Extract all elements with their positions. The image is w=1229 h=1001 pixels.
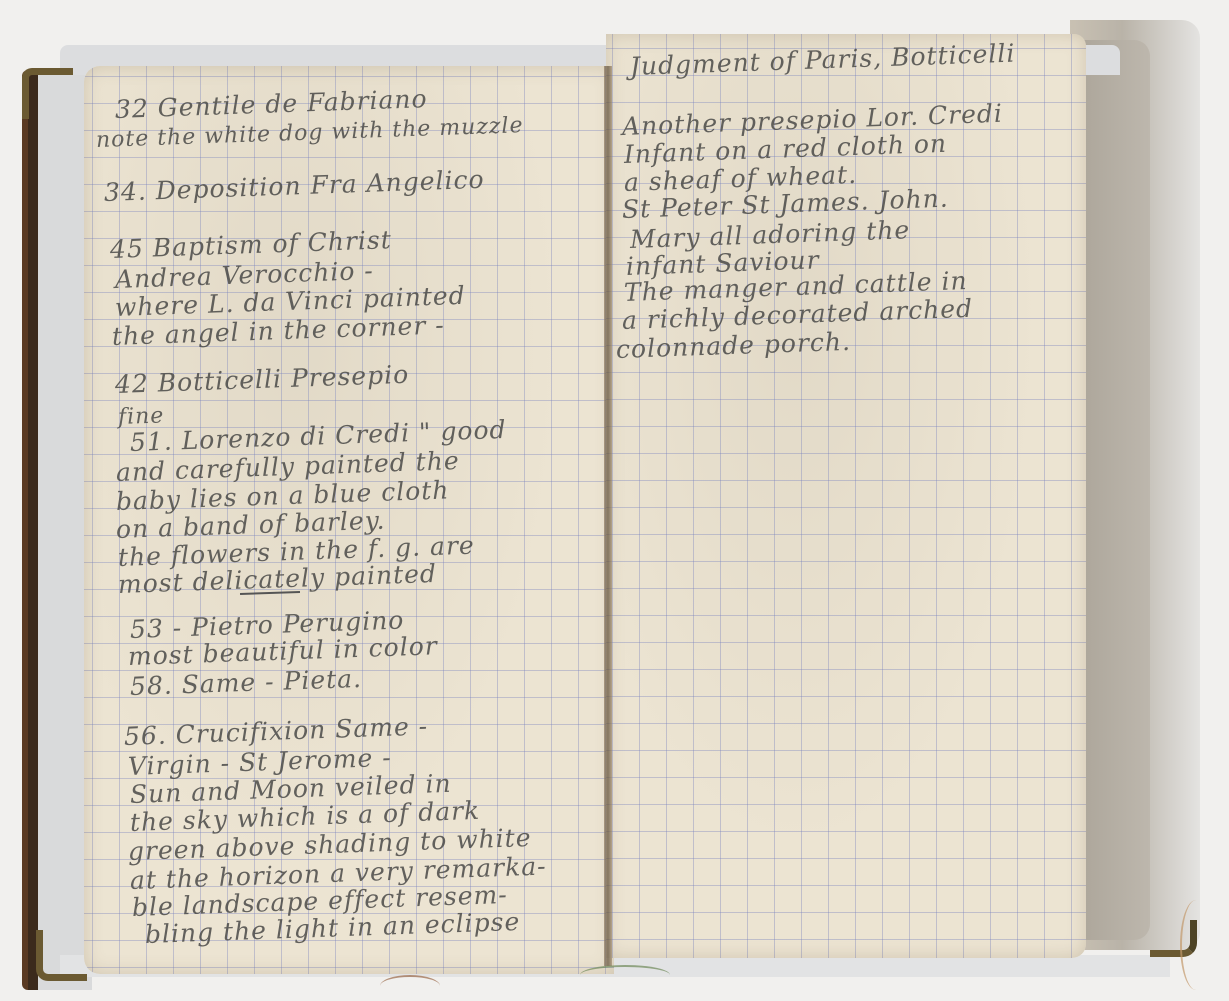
loose-thread <box>580 965 670 985</box>
leather-cover-left <box>22 70 92 990</box>
metal-corner-bottom-left <box>36 930 87 981</box>
loose-thread <box>380 975 440 997</box>
metal-corner-top-left <box>22 68 73 119</box>
notebook-spine <box>604 66 612 966</box>
loose-thread <box>1180 900 1212 990</box>
